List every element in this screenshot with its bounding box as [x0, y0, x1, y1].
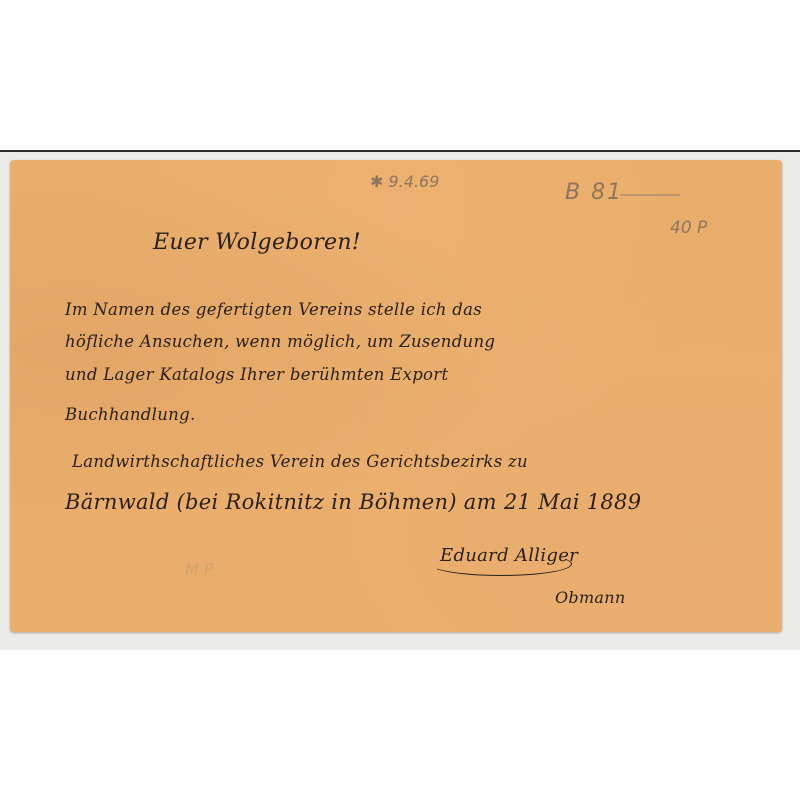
sender-line-1: Landwirthschaftliches Verein des Gericht…: [72, 452, 528, 471]
sender-line-2: Bärnwald (bei Rokitnitz in Böhmen) am 21…: [65, 490, 641, 514]
faint-pencil-mark: M P: [185, 560, 214, 579]
body-line-3: und Lager Katalogs Ihrer berühmten Expor…: [65, 365, 448, 384]
salutation: Euer Wolgeboren!: [153, 230, 361, 255]
postcard: ✱ 9.4.69 B 81 40 P M P Euer Wolgeboren! …: [10, 160, 782, 632]
signature-flourish: [430, 552, 572, 576]
pencil-price-note: 40 P: [670, 218, 707, 238]
signature-title: Obmann: [555, 588, 625, 607]
body-line-1: Im Namen des gefertigten Vereins stelle …: [65, 300, 482, 319]
pencil-date-note: ✱ 9.4.69: [370, 172, 439, 191]
body-line-4: Buchhandlung.: [65, 405, 196, 424]
pencil-reference-note: B 81: [565, 180, 623, 205]
body-line-2: höfliche Ansuchen, wenn möglich, um Zuse…: [65, 332, 495, 351]
pencil-strikethrough: [620, 194, 680, 196]
